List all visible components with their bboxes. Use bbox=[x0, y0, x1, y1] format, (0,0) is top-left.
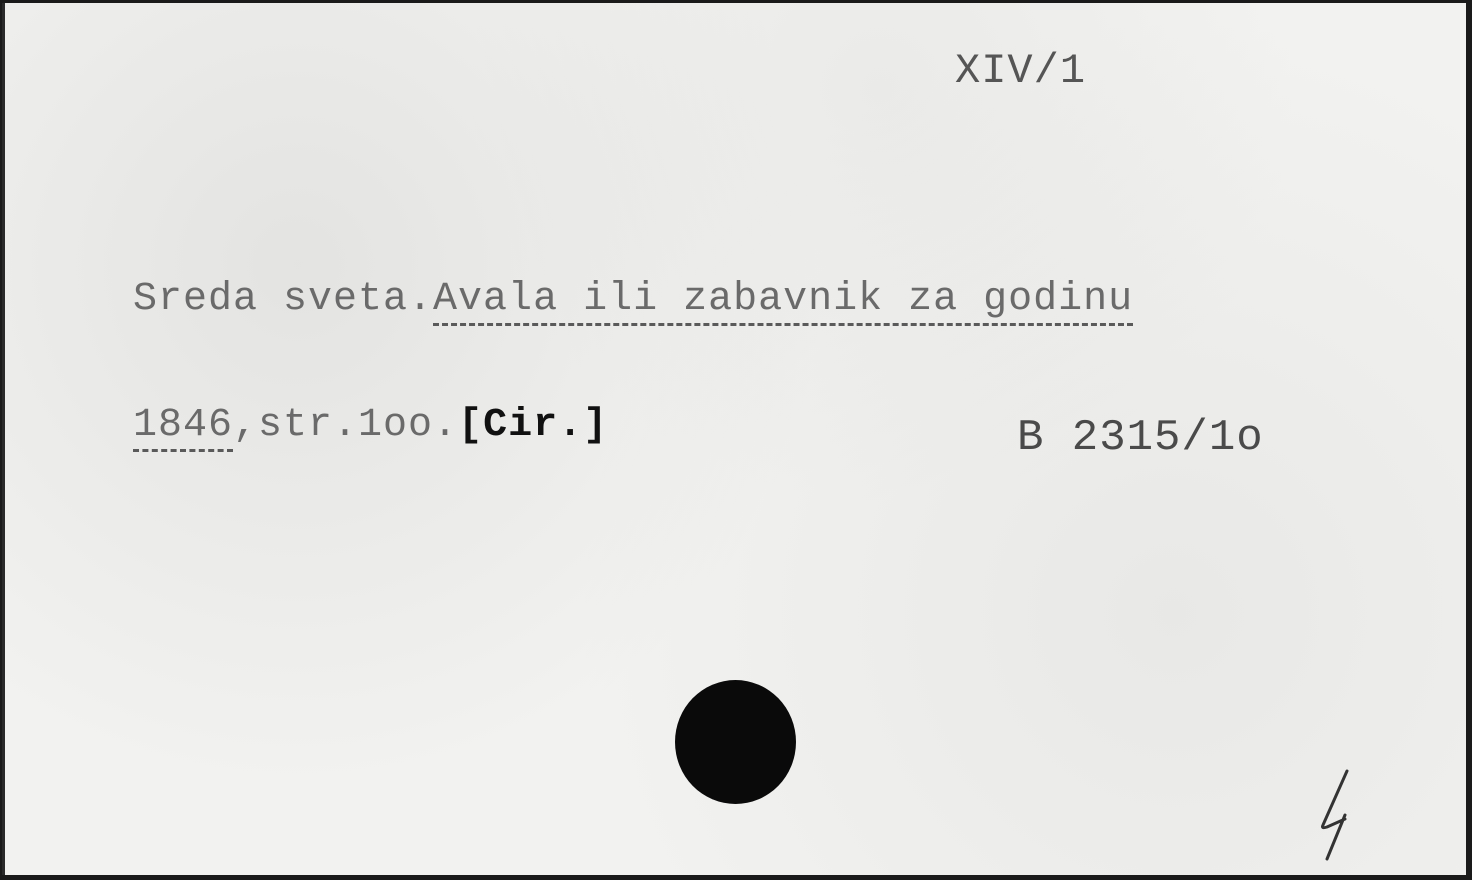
entry-author-heading: Sreda sveta. bbox=[133, 277, 433, 322]
entry-line-2: 1846,str.1oo.[Cir.] bbox=[133, 405, 1133, 447]
entry-title: Avala ili zabavnik za godinu bbox=[433, 277, 1133, 326]
shelfmark-top: XIV/1 bbox=[955, 47, 1086, 95]
call-number: B 2315/1o bbox=[1017, 413, 1264, 463]
punch-hole-icon bbox=[675, 680, 796, 804]
entry-line-1: Sreda sveta.Avala ili zabavnik za godinu bbox=[133, 279, 1133, 321]
entry-script-note: [Cir.] bbox=[458, 403, 608, 448]
entry-year: 1846 bbox=[133, 403, 233, 452]
catalog-card: XIV/1 Sreda sveta.Avala ili zabavnik za … bbox=[2, 3, 1466, 875]
handwritten-number-mark: 4 bbox=[1315, 763, 1355, 863]
card-bottom-edge bbox=[0, 875, 1472, 880]
entry-pages: ,str.1oo. bbox=[233, 403, 458, 448]
bibliographic-entry: Sreda sveta.Avala ili zabavnik za godinu… bbox=[133, 195, 1133, 531]
